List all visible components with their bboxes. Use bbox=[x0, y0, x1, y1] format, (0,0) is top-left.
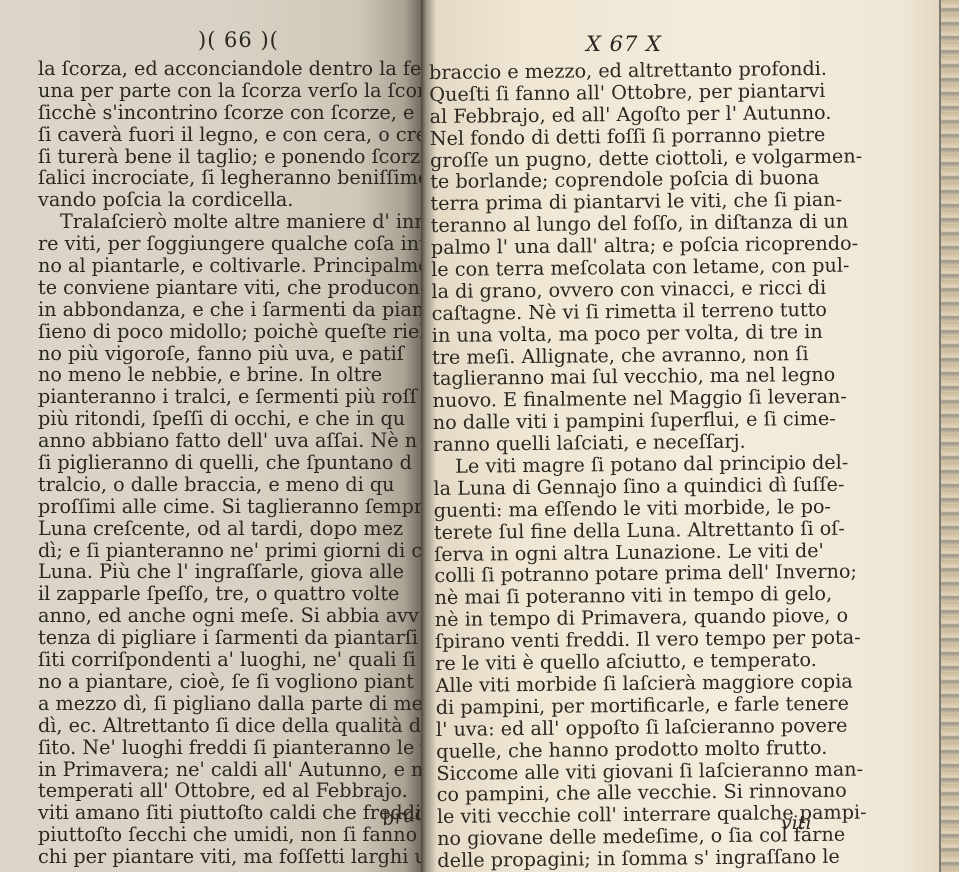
text-line: te conviene piantare viti, che producono… bbox=[38, 277, 421, 299]
text-line: la ſcorza, ed acconciandole dentro la fe… bbox=[38, 58, 421, 80]
page-body: braccio e mezzo, ed altrettanto profondi… bbox=[429, 57, 937, 872]
text-line: anno, ed anche ogni meſe. Si abbia avv bbox=[38, 605, 421, 627]
text-line: tenza di pigliare i ſarmenti da piantarſ… bbox=[38, 627, 421, 649]
text-line: ſi caverà fuori il legno, e con cera, o … bbox=[38, 124, 421, 146]
text-line: chi per piantare viti, ma foſſetti largh… bbox=[38, 846, 421, 868]
page-number: )( 66 )( bbox=[198, 28, 279, 52]
text-line: il zapparle ſpeſſo, tre, o quattro volte bbox=[38, 583, 421, 605]
text-line: in Primavera; ne' caldi all' Autunno, e … bbox=[38, 759, 421, 781]
text-line: re viti, per ſoggiungere qualche coſa in… bbox=[38, 233, 421, 255]
text-line: proſſimi alle cime. Si taglieranno ſempr… bbox=[38, 496, 421, 518]
text-line: viti amano ſiti piuttoſto caldi che fred… bbox=[38, 802, 421, 824]
text-line: una per parte con la ſcorza verſo la ſco… bbox=[38, 80, 421, 102]
text-line: dì; e ſi pianteranno ne' primi giorni di… bbox=[38, 540, 421, 562]
text-line: tralcio, o dalle braccia, e meno di qu bbox=[38, 474, 421, 496]
page-edges bbox=[939, 0, 959, 872]
text-line: Luna. Più che l' ingraſſarle, giova alle bbox=[38, 561, 421, 583]
text-line: vando poſcia la cordicella. bbox=[38, 189, 421, 211]
text-line: dì, ec. Altrettanto ſi dice della qualit… bbox=[38, 715, 421, 737]
text-line: più ritondi, ſpeſſi di occhi, e che in q… bbox=[38, 408, 421, 430]
text-line: no più vigoroſe, fanno più uva, e patiſ bbox=[38, 343, 421, 365]
text-line: pianteranno i tralci, e ſermenti più roſ… bbox=[38, 386, 421, 408]
text-line: ſicchè s'incontrino ſcorze con ſcorze, e… bbox=[38, 102, 421, 124]
text-line: anno abbiano fatto dell' uva aſſai. Nè n bbox=[38, 430, 421, 452]
text-line: ſalici incrociate, ſi legheranno beniſſi… bbox=[38, 167, 421, 189]
text-line: ſieno di poco midollo; poichè queſte rie… bbox=[38, 321, 421, 343]
right-page: X 67 X braccio e mezzo, ed altrettanto p… bbox=[421, 0, 939, 872]
text-line: Luna creſcente, od al tardi, dopo mez bbox=[38, 518, 421, 540]
page-number: X 67 X bbox=[586, 32, 662, 56]
book-spread: )( 66 )( la ſcorza, ed acconciandole den… bbox=[0, 0, 959, 872]
text-line: ſiti corriſpondenti a' luoghi, ne' quali… bbox=[38, 649, 421, 671]
page-body: la ſcorza, ed acconciandole dentro la fe… bbox=[38, 58, 421, 868]
text-line: ſi piglieranno di quelli, che ſpuntano d bbox=[38, 452, 421, 474]
catchword: viti bbox=[781, 812, 812, 834]
text-line: delle propagini; in ſomma s' ingraſſano … bbox=[437, 845, 937, 872]
text-line: ſi turerà bene il taglio; e ponendo ſcor… bbox=[38, 146, 421, 168]
text-line: ſito. Ne' luoghi freddi ſi pianteranno l… bbox=[38, 737, 421, 759]
text-line: Tralaſcierò molte altre maniere d' inne bbox=[38, 211, 421, 233]
text-line: no meno le nebbie, e brine. In oltre bbox=[38, 364, 421, 386]
left-page: )( 66 )( la ſcorza, ed acconciandole den… bbox=[0, 0, 421, 872]
text-line: temperati all' Ottobre, ed al Febbrajo. bbox=[38, 780, 421, 802]
text-line: in abbondanza, e che i ſarmenti da piant bbox=[38, 299, 421, 321]
text-line: a mezzo dì, ſi pigliano dalla parte di m… bbox=[38, 693, 421, 715]
text-line: piuttoſto ſecchi che umidi, non ſi fanno… bbox=[38, 824, 421, 846]
text-line: no a piantare, cioè, ſe ſi vogliono pian… bbox=[38, 671, 421, 693]
text-line: no al piantarle, e coltivarle. Principal… bbox=[38, 255, 421, 277]
